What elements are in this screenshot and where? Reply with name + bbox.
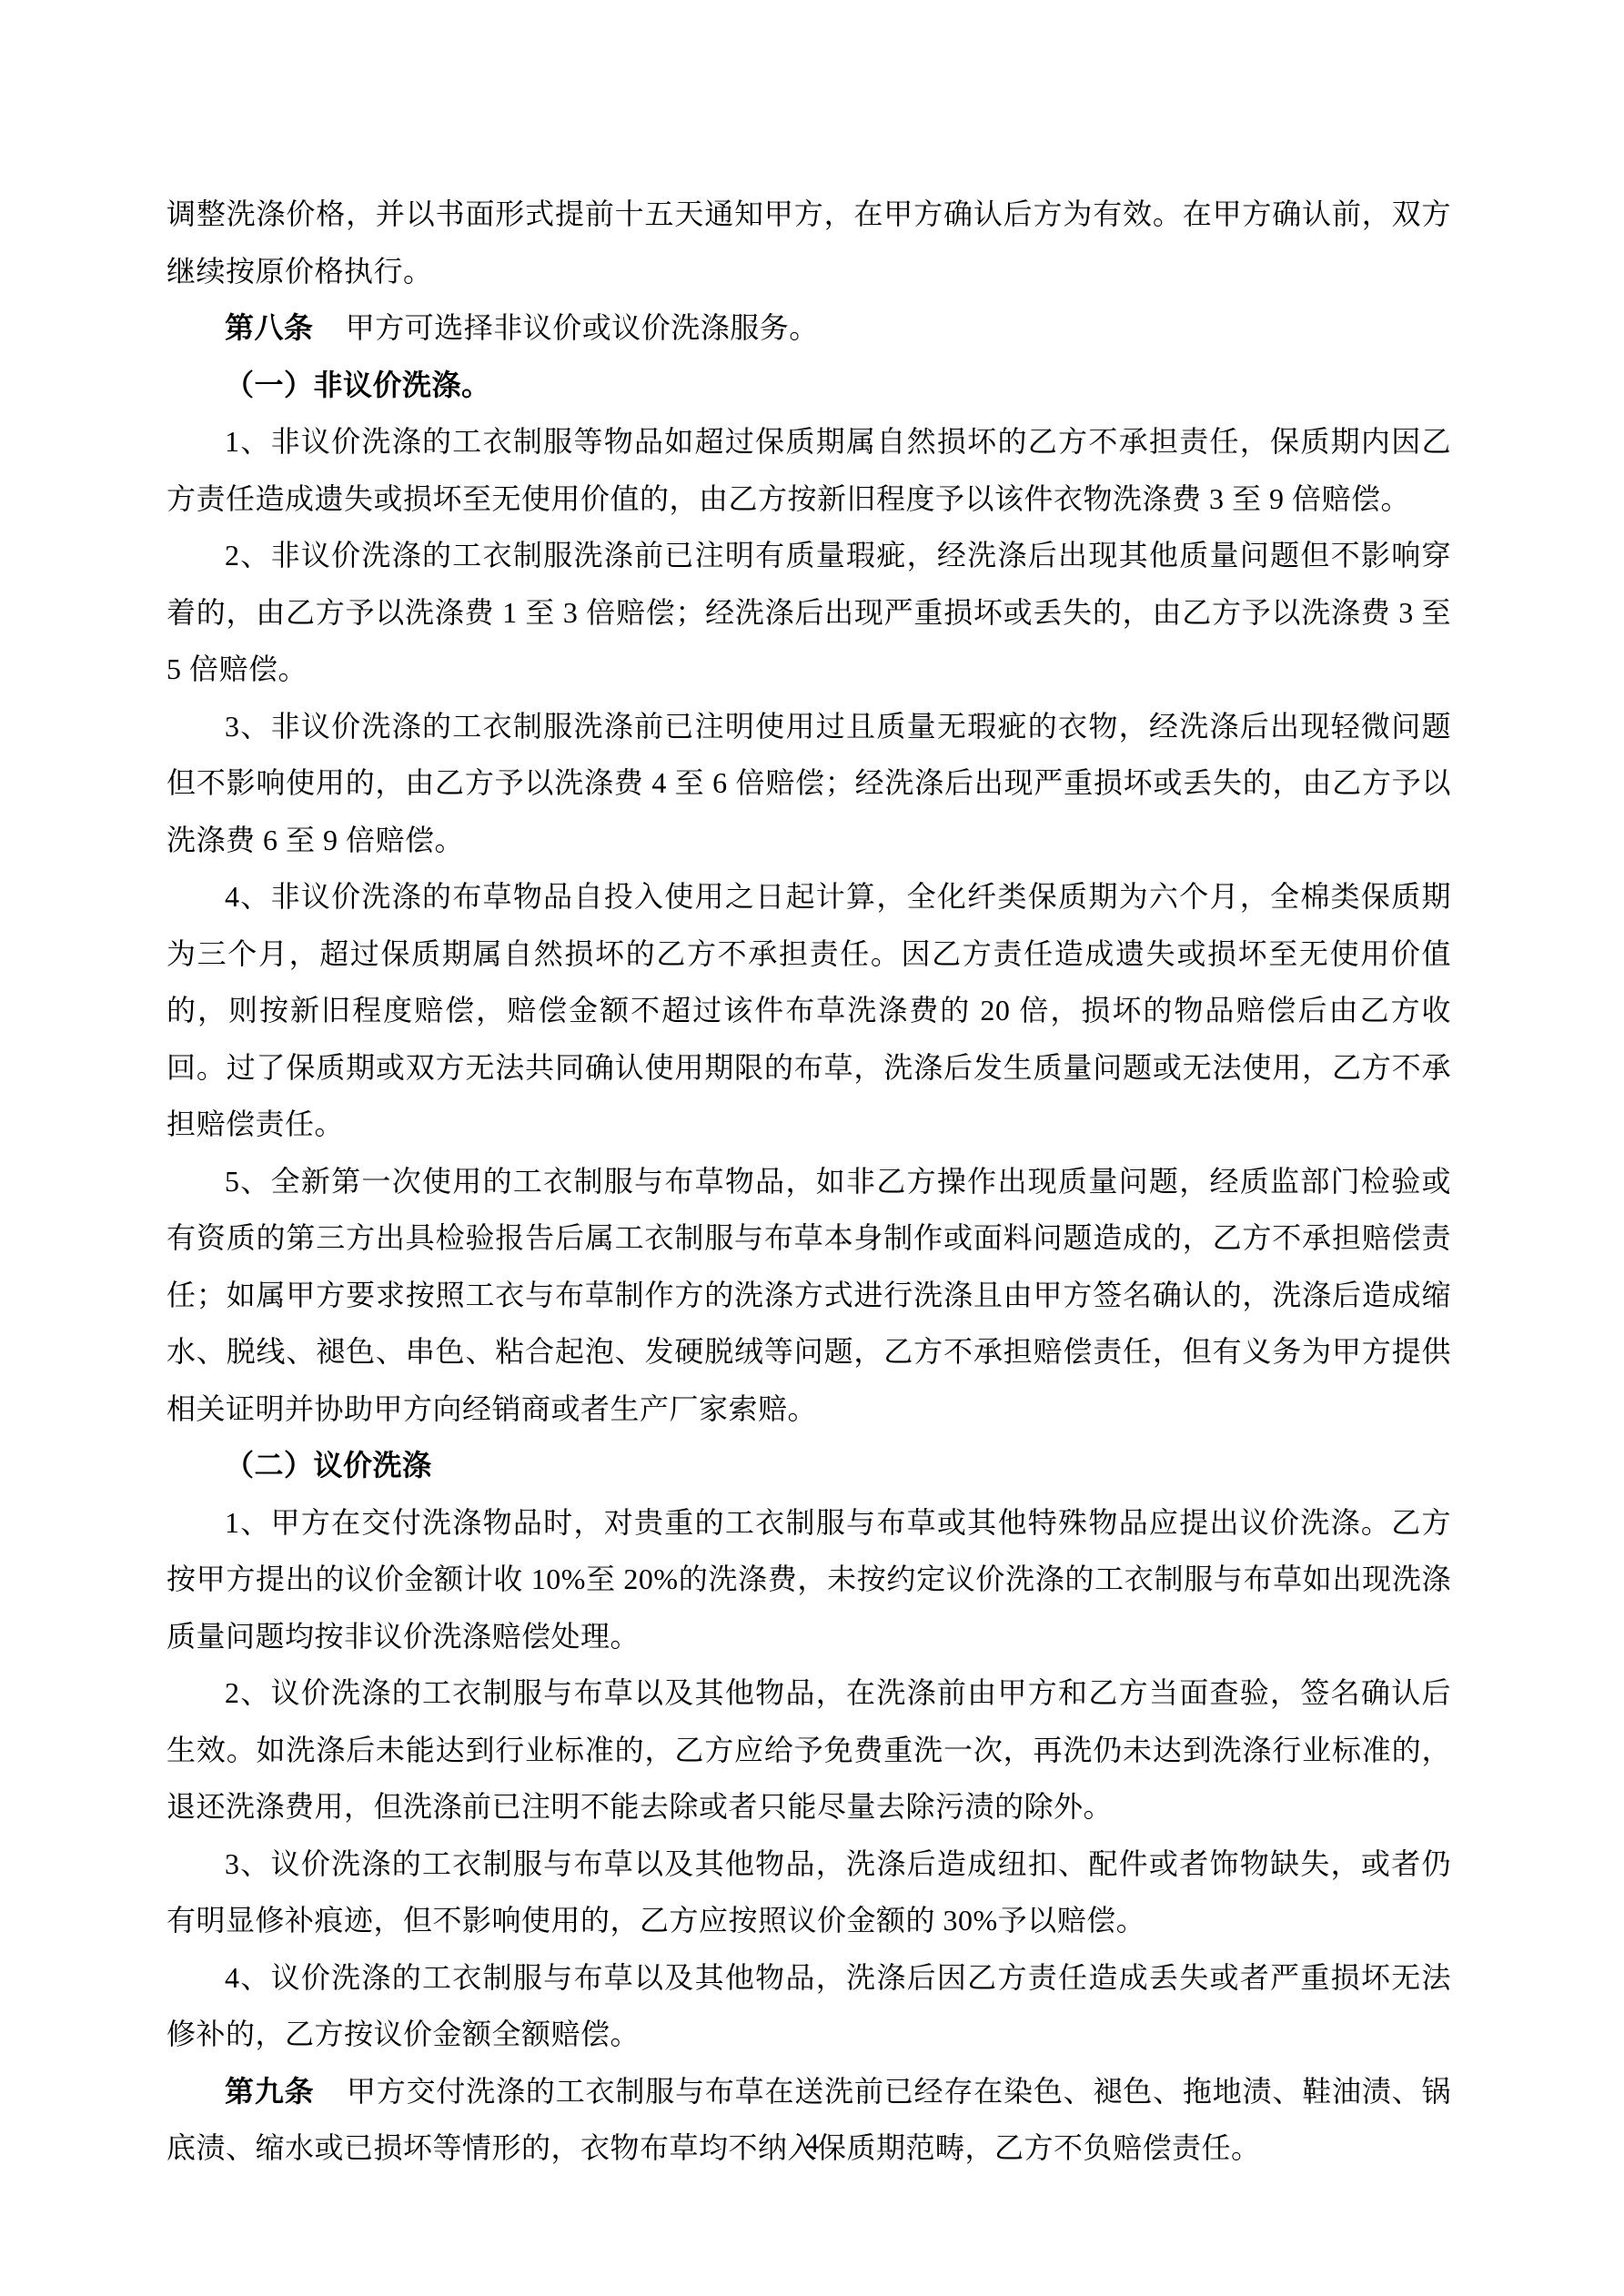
paragraph-continuation: 调整洗涤价格，并以书面形式提前十五天通知甲方，在甲方确认后方为有效。在甲方确认前… [166, 186, 1451, 299]
section-2-item-3: 3、议价洗涤的工衣制服与布草以及其他物品，洗涤后造成纽扣、配件或者饰物缺失，或者… [166, 1836, 1451, 1949]
article-8-text: 甲方可选择非议价或议价洗涤服务。 [346, 311, 819, 344]
article-8: 第八条甲方可选择非议价或议价洗涤服务。 [166, 299, 1451, 357]
page-number: 4 [0, 2128, 1624, 2160]
article-8-label: 第八条 [225, 311, 314, 344]
contract-body: 调整洗涤价格，并以书面形式提前十五天通知甲方，在甲方确认后方为有效。在甲方确认前… [166, 186, 1451, 2177]
section-1-heading: （一）非议价洗涤。 [166, 357, 1451, 414]
section-1-item-4: 4、非议价洗涤的布草物品自投入使用之日起计算，全化纤类保质期为六个月，全棉类保质… [166, 868, 1451, 1153]
section-1-item-3: 3、非议价洗涤的工衣制服洗涤前已注明使用过且质量无瑕疵的衣物，经洗涤后出现轻微问… [166, 698, 1451, 869]
section-2-item-2: 2、议价洗涤的工衣制服与布草以及其他物品，在洗涤前由甲方和乙方当面查验，签名确认… [166, 1664, 1451, 1836]
section-1-item-1: 1、非议价洗涤的工衣制服等物品如超过保质期属自然损坏的乙方不承担责任，保质期内因… [166, 413, 1451, 527]
section-2-heading: （二）议价洗涤 [166, 1437, 1451, 1494]
contract-page: 调整洗涤价格，并以书面形式提前十五天通知甲方，在甲方确认后方为有效。在甲方确认前… [0, 0, 1624, 2296]
section-1-item-2: 2、非议价洗涤的工衣制服洗涤前已注明有质量瑕疵，经洗涤后出现其他质量问题但不影响… [166, 527, 1451, 698]
section-2-item-1: 1、甲方在交付洗涤物品时，对贵重的工衣制服与布草或其他特殊物品应提出议价洗涤。乙… [166, 1494, 1451, 1665]
article-9-label: 第九条 [225, 2075, 314, 2108]
section-2-item-4: 4、议价洗涤的工衣制服与布草以及其他物品，洗涤后因乙方责任造成丢失或者严重损坏无… [166, 1949, 1451, 2063]
section-1-item-5: 5、全新第一次使用的工衣制服与布草物品，如非乙方操作出现质量问题，经质监部门检验… [166, 1153, 1451, 1438]
